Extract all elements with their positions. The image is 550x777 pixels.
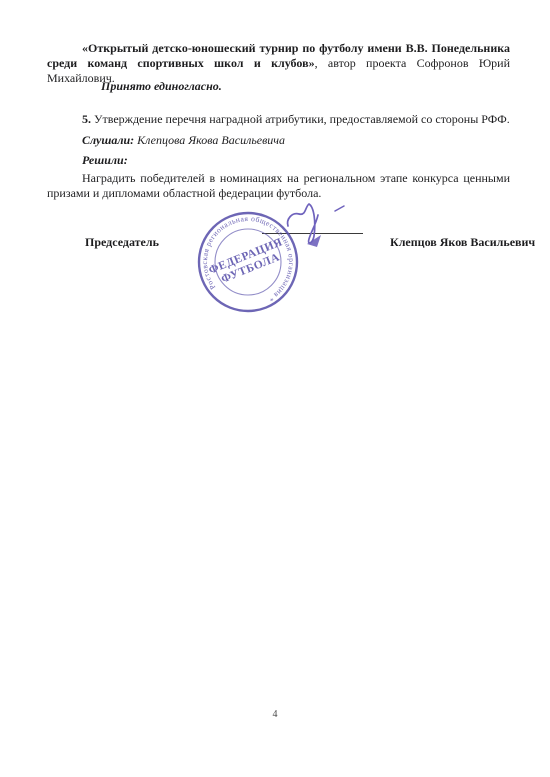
chairman-name: Клепцов Яков Васильевич: [390, 235, 535, 250]
agenda-item-5-number: 5.: [82, 112, 91, 126]
page-number: 4: [0, 709, 550, 720]
agenda-item-5-text: Утверждение перечня наградной атрибутики…: [91, 112, 510, 126]
decided-label: Решили:: [82, 153, 128, 168]
adopted-unanimously-line: Принято единогласно.: [101, 79, 222, 94]
heard-name: Клепцова Якова Васильевича: [134, 133, 285, 147]
agenda-item-5: 5. Утверждение перечня наградной атрибут…: [47, 112, 510, 127]
chairman-signature-icon: [278, 198, 358, 258]
document-page: «Открытый детско-юношеский турнир по фут…: [0, 0, 550, 777]
heard-label: Слушали:: [82, 133, 134, 147]
chairman-label: Председатель: [85, 235, 159, 250]
heard-line: Слушали: Клепцова Якова Васильевича: [82, 133, 285, 148]
